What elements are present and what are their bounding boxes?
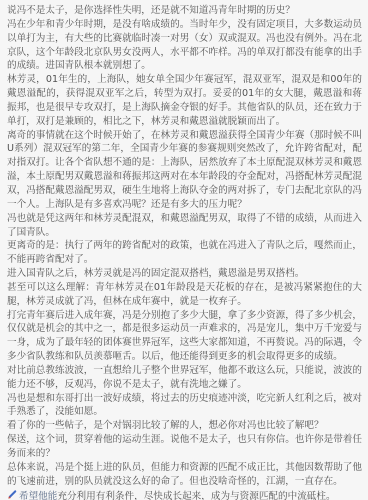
- paragraph: 对比前总教练波波，一直想给儿子整个世界冠军，他都不敢这么玩，只能说，波波的能力还…: [7, 364, 362, 392]
- closing-paragraph: 希望他能充分利用有利条件，尽快成长起来，成为与资源匹配的中流砥柱。: [7, 489, 362, 500]
- paragraph: 说冯不是太子，是你选择性失明，还是就不知道冯青年时期的历史？: [7, 4, 362, 18]
- paragraph: 冯在少年和青少年时期，是没有啥成绩的。当时年少，没有固定项目，大多数运动员以单打…: [7, 18, 362, 73]
- pen-icon: [7, 489, 18, 500]
- closing-text: 充分利用有利条件，尽快成长起来，成为与资源匹配的中流砥柱。: [57, 491, 335, 500]
- paragraph: 总体来说，冯是个挺上进的队员，但能力和资源的匹配不成正比，其他因数帮助了他的飞速…: [7, 461, 362, 489]
- paragraph: 更离奇的是：执行了两年的跨省配对的政策，也就在冯进入了青队之后，嘎然而止，不能再…: [7, 239, 362, 267]
- paragraph: 林芳灵，01年生的，上海队，她女单全国少年赛冠军，混双亚军，混双是和00年的戴恩…: [7, 73, 362, 128]
- paragraph: 保送，这个词，贯穿着他的运动生涯。说他不是太子，也只有你信。也许你是带着任务而来…: [7, 433, 362, 461]
- paragraph: 离奇的事情就在这个时候开始了，在林芳灵和戴恩溢获得全国青少年赛（那时候不叫U系列…: [7, 129, 362, 212]
- paragraph: 甚至可以这么理解：青年林芳灵在01年龄段是天花板的存在，是被冯紧紧抱住的大腿，林…: [7, 281, 362, 309]
- paragraph: 看了你的一些帖子，是个对锅羽比较了解的人，想必你对冯也比较了解吧？: [7, 419, 362, 433]
- paragraph: 冯也是想和东哥打出一波好成绩，将过去的历史痕迹冲淡，吃完新人红利之后，被对手熟悉…: [7, 392, 362, 420]
- paragraph: 打完青年赛后进入成年赛，冯是分别抱了多少大腿，拿了多少资源，得了多少机会，仅仅就…: [7, 309, 362, 364]
- paragraph: 冯也就是凭这两年和林芳灵配混双，和戴恩溢配男双，取得了不错的成绩，从而进入了国青…: [7, 212, 362, 240]
- closing-lead-text: 希望他能: [19, 491, 57, 500]
- paragraph: 进入国青队之后，林芳灵就是冯的固定混双搭档，戴恩溢是男双搭档。: [7, 267, 362, 281]
- post-body: 说冯不是太子，是你选择性失明，还是就不知道冯青年时期的历史？ 冯在少年和青少年时…: [0, 0, 368, 500]
